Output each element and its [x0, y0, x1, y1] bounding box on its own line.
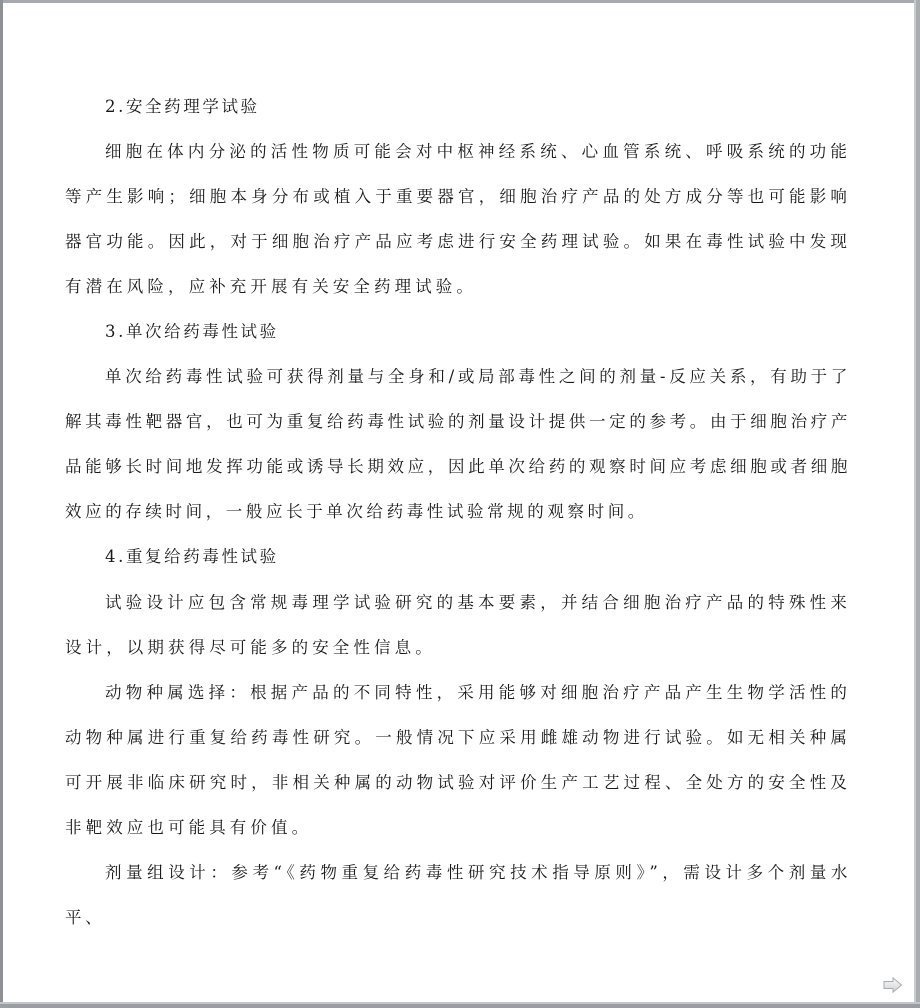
window-frame-bottom: [0, 1002, 920, 1008]
section-heading-single-dose-toxicity: 3.单次给药毒性试验: [65, 309, 851, 354]
paragraph-single-dose-toxicity: 单次给药毒性试验可获得剂量与全身和/或局部毒性之间的剂量-反应关系，有助于了解其…: [65, 354, 851, 534]
section-heading-repeat-dose-toxicity: 4.重复给药毒性试验: [65, 534, 851, 579]
section-heading-safety-pharmacology: 2.安全药理学试验: [65, 84, 851, 129]
document-content: 2.安全药理学试验 细胞在体内分泌的活性物质可能会对中枢神经系统、心血管系统、呼…: [65, 84, 851, 940]
paragraph-species-selection: 动物种属选择：根据产品的不同特性，采用能够对细胞治疗产品产生生物学活性的动物种属…: [65, 670, 851, 850]
paragraph-study-design: 试验设计应包含常规毒理学试验研究的基本要素，并结合细胞治疗产品的特殊性来设计，以…: [65, 580, 851, 670]
window-frame-right: [914, 0, 920, 1008]
paragraph-safety-pharmacology: 细胞在体内分泌的活性物质可能会对中枢神经系统、心血管系统、呼吸系统的功能等产生影…: [65, 129, 851, 309]
paragraph-dose-group-design: 剂量组设计：参考“《药物重复给药毒性研究技术指导原则》”，需设计多个剂量水平、: [65, 850, 851, 940]
arrow-right-icon: [883, 977, 903, 993]
next-page-button[interactable]: [883, 977, 903, 993]
